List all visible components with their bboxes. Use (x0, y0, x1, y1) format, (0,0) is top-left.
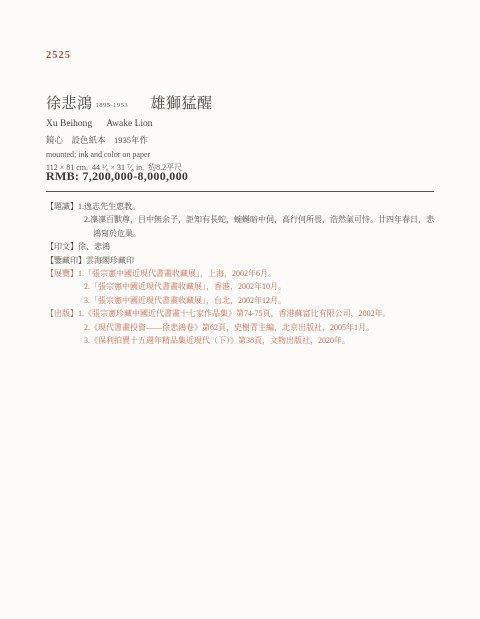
section-exhibited-label: 【展覽】 (46, 267, 78, 280)
section-literature-label: 【出版】 (46, 307, 78, 320)
section-inscription-label: 【題識】 (46, 200, 78, 213)
literature-item: 1.《張宗憲珍藏中國近代書畫十七家作品集》第74-75頁，香港蘇富比有限公司，2… (78, 307, 436, 320)
artist-name-cn: 徐悲鴻 (46, 96, 93, 112)
section-literature: 【出版】 1.《張宗憲珍藏中國近代書畫十七家作品集》第74-75頁，香港蘇富比有… (46, 307, 436, 347)
section-collector-seals-label: 【鑒藏印】 (46, 254, 86, 267)
section-literature-items: 1.《張宗憲珍藏中國近代書畫十七家作品集》第74-75頁，香港蘇富比有限公司，2… (78, 307, 436, 347)
artist-name-en: Xu Beihong (46, 119, 92, 129)
exhibited-item: 1.「張宗憲中國近現代書畫收藏展」，上海，2002年6月。 (78, 267, 436, 280)
section-artist-seals: 【印文】 徐、悲鴻 (46, 240, 436, 253)
lot-number: 2525 (46, 50, 71, 61)
section-collector-seals: 【鑒藏印】 雲海閣珍藏印 (46, 254, 436, 267)
collector-seals-item: 雲海閣珍藏印 (86, 254, 436, 267)
section-exhibited: 【展覽】 1.「張宗憲中國近現代書畫收藏展」，上海，2002年6月。 2.「張宗… (46, 267, 436, 307)
medium-cn: 鏡心 設色紙本 1935年作 (46, 134, 182, 146)
artwork-title-line-en: Xu BeihongAwake Lion (46, 119, 212, 129)
inscription-item: 2.凜凜百獸尊，目中無余子，詎知有長蛇，蜿蜒暗中伺，高行何所畏，浩然氣可恃。廿四… (84, 213, 436, 240)
catalog-page: 2525 徐悲鴻1895-1953 雄獅猛醒 Xu BeihongAwake L… (0, 0, 480, 619)
artwork-header: 徐悲鴻1895-1953 雄獅猛醒 Xu BeihongAwake Lion (46, 92, 212, 129)
exhibited-item: 3.「張宗憲中國近現代書畫收藏展」，台北，2002年12月。 (84, 294, 436, 307)
artwork-title-cn: 雄獅猛醒 (150, 96, 212, 112)
exhibited-item: 2.「張宗憲中國近現代書畫收藏展」，香港，2002年10月。 (84, 280, 436, 293)
section-collector-seals-items: 雲海閣珍藏印 (86, 254, 436, 267)
artist-seals-item: 徐、悲鴻 (78, 240, 436, 253)
section-exhibited-items: 1.「張宗憲中國近現代書畫收藏展」，上海，2002年6月。 2.「張宗憲中國近現… (78, 267, 436, 307)
section-artist-seals-label: 【印文】 (46, 240, 78, 253)
work-details: 鏡心 設色紙本 1935年作 mounted; ink and color on… (46, 134, 182, 173)
artist-dates: 1895-1953 (96, 102, 129, 109)
catalog-sections: 【題識】 1.逸志先生惠教。 2.凜凜百獸尊，目中無余子，詎知有長蛇，蜿蜒暗中伺… (46, 200, 436, 347)
literature-item: 3.《保利拍賣十五週年精品集近現代（下）》第38頁，文物出版社，2020年。 (84, 334, 436, 347)
estimate: RMB: 7,200,000-8,000,000 (46, 169, 188, 184)
inscription-item: 1.逸志先生惠教。 (78, 200, 436, 213)
artwork-title-line: 徐悲鴻1895-1953 雄獅猛醒 (46, 92, 212, 113)
literature-item: 2.《現代書畫投資——徐悲鴻卷》第62頁，史樹青主編，北京出版社，2005年1月… (84, 321, 436, 334)
section-artist-seals-items: 徐、悲鴻 (78, 240, 436, 253)
medium-en: mounted; ink and color on paper (46, 150, 182, 159)
section-inscription-items: 1.逸志先生惠教。 2.凜凜百獸尊，目中無余子，詎知有長蛇，蜿蜒暗中伺，高行何所… (78, 200, 436, 240)
divider-rule (46, 191, 434, 192)
artwork-title-en: Awake Lion (106, 119, 152, 129)
section-inscription: 【題識】 1.逸志先生惠教。 2.凜凜百獸尊，目中無余子，詎知有長蛇，蜿蜒暗中伺… (46, 200, 436, 240)
